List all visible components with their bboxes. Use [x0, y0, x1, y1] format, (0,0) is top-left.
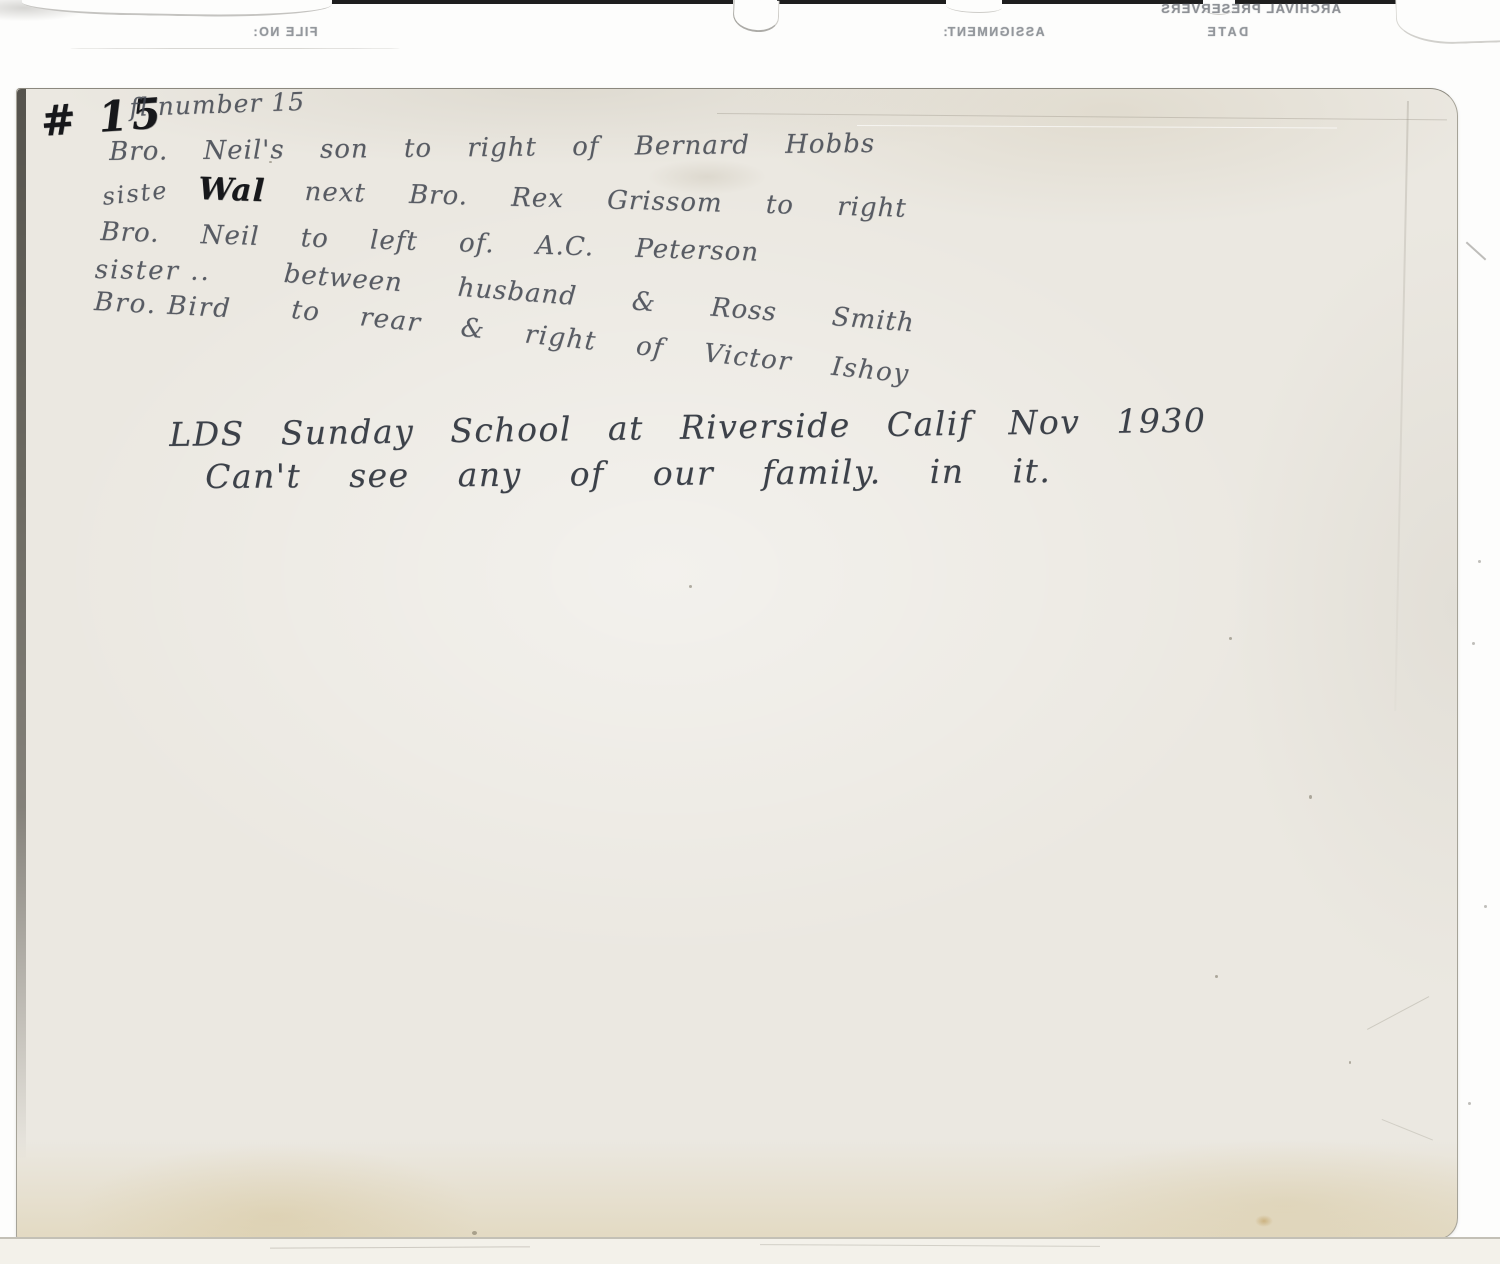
paper-crease-line [1382, 1119, 1433, 1141]
date-label-showthrough: DATE [1205, 25, 1248, 39]
paper-speck [1484, 905, 1487, 908]
photo-dark-left-edge [17, 89, 26, 1193]
photo-caption-line: Can't see any of our family. in it. [205, 451, 1051, 496]
identification-note-line: Bro. Neil's son to right of Bernard Hobb… [109, 129, 875, 167]
paper-crease-line [717, 113, 1447, 120]
sheet-top-edge [777, 0, 946, 4]
paper-speck [1309, 795, 1312, 799]
paper-crease-line [70, 48, 400, 49]
assignment-label-showthrough: ASSIGNMENT: [942, 25, 1045, 39]
paper-crease-line [1466, 242, 1487, 261]
archival-brand-showthrough: ARCHIVAL PRESERVERS [1160, 1, 1341, 16]
torn-paper-flap [732, 0, 779, 33]
file-no-label-showthrough: FILE NO: [252, 25, 317, 39]
paper-crease-line [1367, 996, 1429, 1030]
paper-speck [1468, 1102, 1471, 1105]
paper-crease-line [1394, 101, 1409, 711]
under-sheet [0, 1237, 1500, 1264]
torn-paper-corner [1395, 0, 1500, 46]
paper-speck [1215, 975, 1218, 978]
photo-caption-line: LDS Sunday School at Riverside Calif Nov… [169, 401, 1207, 454]
paper-speck [1229, 637, 1232, 640]
torn-paper-edge [946, 0, 1002, 13]
identification-note-line: next Bro. Rex Grissom to right [304, 177, 907, 224]
paper-stain [1255, 1215, 1273, 1227]
paper-speck [689, 585, 692, 588]
identification-note-line: sister .. [94, 255, 211, 287]
paper-speck [1472, 642, 1475, 645]
photo-number-pencil: fl number 15 [129, 87, 306, 122]
paper-speck [472, 1231, 477, 1235]
paper-speck [1478, 560, 1481, 563]
paper-crease-line [760, 1244, 1100, 1247]
identification-note-line: Bro. Bird [93, 287, 232, 324]
paper-crease-line [857, 125, 1337, 129]
paper-crease-line [270, 1246, 530, 1248]
photo-back: # 15 fl number 15 Bro. Neil's son to rig… [16, 88, 1458, 1240]
paper-speck [1349, 1061, 1351, 1064]
identification-note-name-overwrite: Wal [198, 171, 266, 209]
identification-note-line: siste [101, 176, 170, 211]
sheet-top-edge [330, 0, 733, 4]
